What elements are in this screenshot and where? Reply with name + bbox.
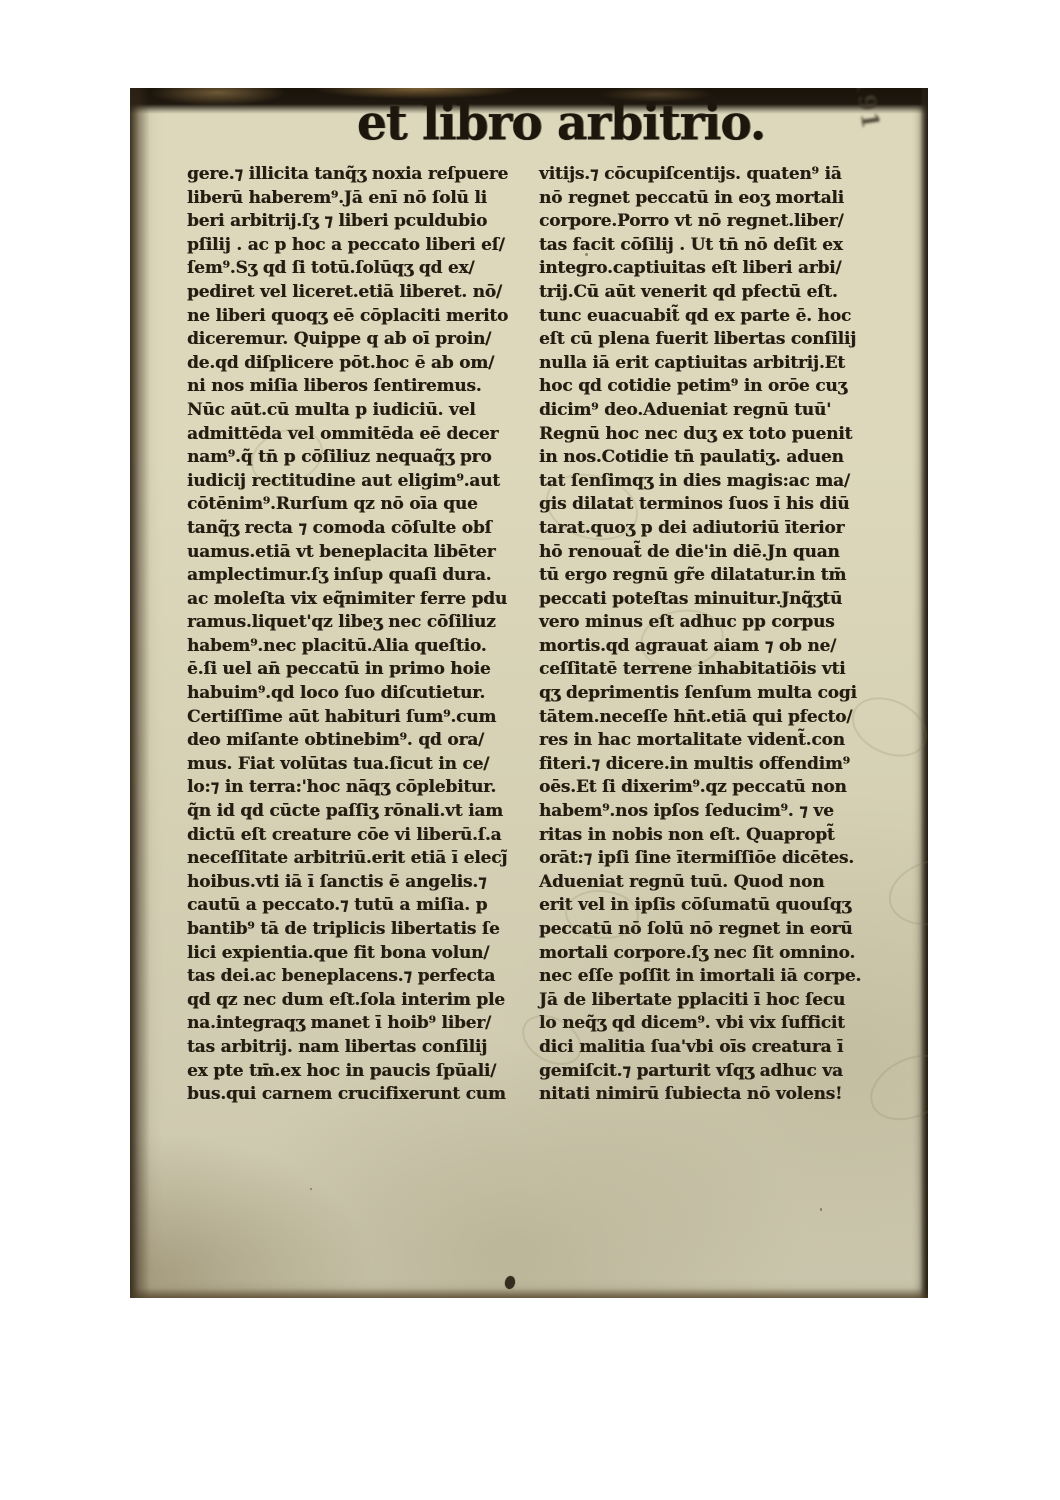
text-line: lici expientia.que fit bona volun/ xyxy=(187,942,521,966)
text-line: ne liberi quoqʒ eē cōplaciti merito xyxy=(187,305,521,329)
text-line: deo miſante obtinebim⁹. qd ora/ xyxy=(187,729,521,753)
text-line: amplectimur.ſʒ inſup quaſi dura. xyxy=(187,564,521,588)
text-line: de.qd diſplicere pōt.hoc ē ab om/ xyxy=(187,352,521,376)
text-line: habuim⁹.qd loco ſuo diſcutietur. xyxy=(187,682,521,706)
text-line: tū ergo regnū gr̃e dilatatur.in tm̄ xyxy=(539,564,887,588)
text-line: Nūc aūt.cū multa p iudiciū. vel xyxy=(187,399,521,423)
ink-speck xyxy=(585,253,588,256)
text-line: bantib⁹ tā de triplicis libertatis ſe xyxy=(187,918,521,942)
text-line: pſilij . ac p hoc a peccato liberi eſ/ xyxy=(187,234,521,258)
page-left-edge xyxy=(130,88,150,1298)
text-line: ſem⁹.Sʒ qd ſi totū.ſolūqʒ qd ex/ xyxy=(187,257,521,281)
text-line: orāt:⁊ ipſi ſine ītermiſſiōe dicētes. xyxy=(539,847,887,871)
text-line: nitati nimirū ſubiecta nō volens! xyxy=(539,1083,887,1107)
book-page-scan: et libro arbitrio. 191 gere.⁊ illicita t… xyxy=(130,88,928,1298)
text-line: res in hac mortalitate vident̃.con xyxy=(539,729,887,753)
text-line: tas dei.ac beneplacens.⁊ perfecta xyxy=(187,965,521,989)
text-line: dictū eſt creature cōe vi liberū.ſ.a xyxy=(187,824,521,848)
text-line: tanq̃ʒ recta ⁊ comoda cōſulte obſ xyxy=(187,517,521,541)
text-line: iudicij rectitudine aut eligim⁹.aut xyxy=(187,470,521,494)
page-right-edge xyxy=(920,88,928,1298)
text-line: uamus.etiā vt beneplacita libēter xyxy=(187,541,521,565)
text-line: hoc qd cotidie petim⁹ in orōe cuʒ xyxy=(539,375,887,399)
text-line: q̃n id qd cūcte paſſiʒ rōnali.vt iam xyxy=(187,800,521,824)
text-line: neceſſitate arbitriū.erit etiā ī elecȷ̃ xyxy=(187,847,521,871)
text-line: nulla iā erit captiuitas arbitrij.Et xyxy=(539,352,887,376)
page-bottom-edge xyxy=(130,1288,928,1298)
text-line: corpore.Porro vt nō regnet.liber/ xyxy=(539,210,887,234)
text-line: admittēda vel ommitēda eē decer xyxy=(187,423,521,447)
text-line: tātem.neceſſe hn̄t.etiā qui pfecto/ xyxy=(539,706,887,730)
text-line: hoibus.vti iā ī ſanctis ē angelis.⁊ xyxy=(187,871,521,895)
text-line: tas facit cōſilij . Ut tn̄ nō deſit ex xyxy=(539,234,887,258)
text-line: nō regnet peccatū in eoʒ mortali xyxy=(539,187,887,211)
text-line: liberū haberem⁹.Jā enī nō ſolū li xyxy=(187,187,521,211)
text-line: lo neq̃ʒ qd dicem⁹. vbi vix ſufficit xyxy=(539,1012,887,1036)
text-line: cautū a peccato.⁊ tutū a miſia. p xyxy=(187,894,521,918)
ink-speck xyxy=(310,1188,312,1190)
text-line: nec eſſe poſſit in imortali iā corpe. xyxy=(539,965,887,989)
text-line: nam⁹.q̃ tn̄ p cōſiliuz nequaq̃ʒ pro xyxy=(187,446,521,470)
text-line: tas arbitrij. nam libertas conſilij xyxy=(187,1036,521,1060)
text-line: dicim⁹ deo.Adueniat regnū tuū' xyxy=(539,399,887,423)
text-line: mus. Fiat volūtas tua.ſicut in ce/ xyxy=(187,753,521,777)
text-line: hō renouat̃ de die'in diē.Jn quan xyxy=(539,541,887,565)
ink-speck xyxy=(820,1208,822,1211)
text-line: na.integraqʒ manet ī hoib⁹ liber/ xyxy=(187,1012,521,1036)
text-line: qd qz nec dum eſt.ſola interim ple xyxy=(187,989,521,1013)
text-line: ē.ſi uel an̄ peccatū in primo hoie xyxy=(187,658,521,682)
text-line: eſt cū plena fuerit libertas conſilij xyxy=(539,328,887,352)
text-line: qʒ deprimentis ſenſum multa cogi xyxy=(539,682,887,706)
text-line: bus.qui carnem crucifixerunt cum xyxy=(187,1083,521,1107)
text-line: habem⁹.nec placitū.Alia queſtio. xyxy=(187,635,521,659)
text-line: vitijs.⁊ cōcupiſcentijs. quaten⁹ iā xyxy=(539,163,887,187)
text-line: ceſſitatē terrene inhabitatiōis vti xyxy=(539,658,887,682)
text-line: peccati poteſtas minuitur.Jnq̃ʒtū xyxy=(539,588,887,612)
text-line: Certiſſime aūt habituri ſum⁹.cum xyxy=(187,706,521,730)
text-line: dici malitia ſua'vbi oīs creatura ī xyxy=(539,1036,887,1060)
text-line: in nos.Cotidie tn̄ paulatiʒ. aduen xyxy=(539,446,887,470)
scan-background: et libro arbitrio. 191 gere.⁊ illicita t… xyxy=(0,0,1060,1500)
text-line: trij.Cū aūt venerit qd pfectū eſt. xyxy=(539,281,887,305)
text-line: fiteri.⁊ dicere.in multis offendim⁹ xyxy=(539,753,887,777)
text-line: beri arbitrij.ſʒ ⁊ liberi pculdubio xyxy=(187,210,521,234)
text-line: pediret vel liceret.etiā liberet. nō/ xyxy=(187,281,521,305)
text-line: ramus.liquet'qz libeʒ nec cōſiliuz xyxy=(187,611,521,635)
text-line: lo:⁊ in terra:'hoc nāqʒ cōplebitur. xyxy=(187,776,521,800)
paper-watermark xyxy=(881,849,928,935)
text-line: tunc euacuabit̃ qd ex parte ē. hoc xyxy=(539,305,887,329)
text-line: cōtēnim⁹.Rurſum qz nō oīa que xyxy=(187,493,521,517)
text-line: ex pte tm̄.ex hoc in paucis ſpūali/ xyxy=(187,1060,521,1084)
text-line: oēs.Et ſi dixerim⁹.qz peccatū non xyxy=(539,776,887,800)
text-line: ac moleſta vix eq̃nimiter ferre pdu xyxy=(187,588,521,612)
text-line: habem⁹.nos ipſos ſeducim⁹. ⁊ ve xyxy=(539,800,887,824)
text-line: ritas in nobis non eſt. Quapropt̃ xyxy=(539,824,887,848)
text-line: Regnū hoc nec duʒ ex toto puenit xyxy=(539,423,887,447)
text-line: ni nos miſia liberos ſentiremus. xyxy=(187,375,521,399)
running-title: et libro arbitrio. xyxy=(162,95,928,152)
text-line: Jā de libertate pplaciti ī hoc ſecu xyxy=(539,989,887,1013)
text-column-left: gere.⁊ illicita tanq̃ʒ noxia reſpuerelib… xyxy=(187,163,521,1107)
text-line: mortali corpore.ſʒ nec ſit omnino. xyxy=(539,942,887,966)
text-line: gere.⁊ illicita tanq̃ʒ noxia reſpuere xyxy=(187,163,521,187)
text-line: diceremur. Quippe q ab oī proin/ xyxy=(187,328,521,352)
text-line: gemiſcit.⁊ parturit vſqʒ adhuc va xyxy=(539,1060,887,1084)
text-line: integro.captiuitas eſt liberi arbi/ xyxy=(539,257,887,281)
